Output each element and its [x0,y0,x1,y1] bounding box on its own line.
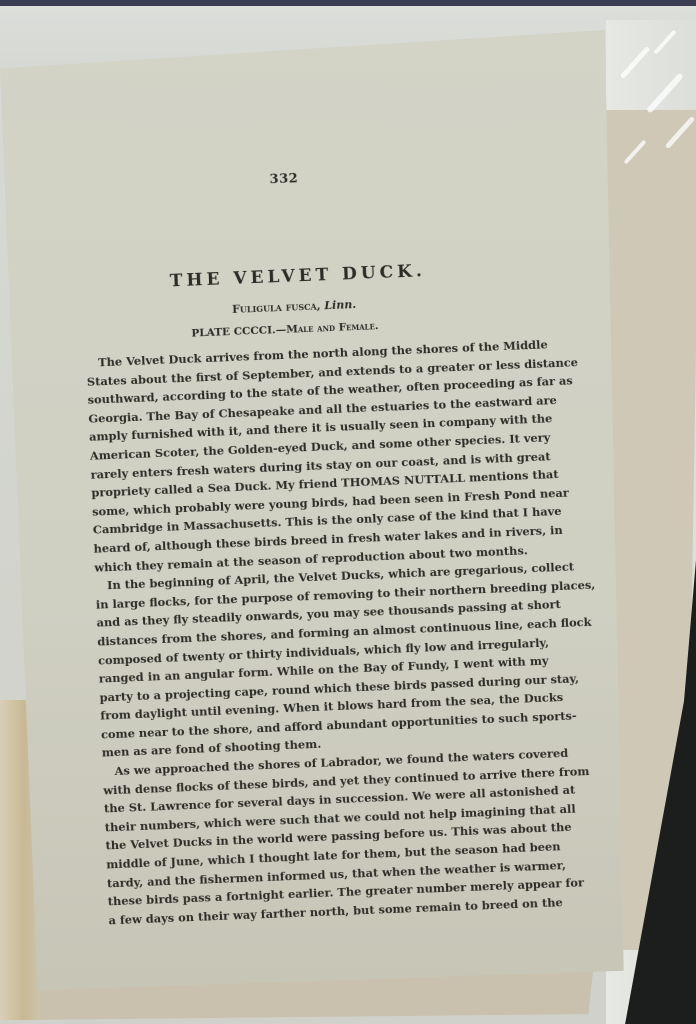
paragraph-1: The Velvet Duck arrives from the north a… [86,336,545,577]
paragraph-2: In the beginning of April, the Velvet Du… [95,559,552,763]
latin-species: Fuligula fusca, [232,299,321,316]
photo-scene: 332 THE VELVET DUCK. Fuligula fusca, Lin… [0,0,696,1024]
page-text: 332 THE VELVET DUCK. Fuligula fusca, Lin… [78,142,559,930]
latin-author: Linn. [324,298,356,312]
page-number: 332 [79,162,529,195]
page-title: THE VELVET DUCK. [83,257,533,295]
paragraph-3: As we approached the shores of Labrador,… [102,745,558,930]
